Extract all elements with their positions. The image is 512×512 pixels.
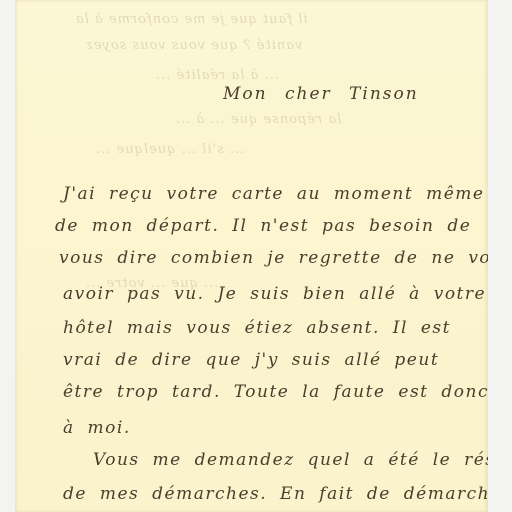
letter-line: hôtel mais vous étiez absent. Il est — [63, 318, 451, 338]
letter-line: à moi. — [63, 418, 131, 438]
letter-line: avoir pas vu. Je suis bien allé à votre — [63, 284, 486, 304]
letter-line: Vous me demandez quel a été le résultat — [93, 450, 488, 470]
show-through-text: ... à la réalité ... — [155, 68, 279, 83]
letter-line: de mon départ. Il n'est pas besoin de — [55, 216, 471, 236]
letter-line: être trop tard. Toute la faute est donc — [63, 382, 488, 402]
show-through-text: la réponse que ... à ... — [175, 112, 341, 127]
letter-line: vous dire combien je regrette de ne vous — [59, 248, 488, 268]
show-through-text: vanité ? que vous vous soyez — [85, 38, 302, 53]
letter-line: vrai de dire que j'y suis allé peut — [63, 350, 439, 370]
show-through-text: il faut que je me conforme à la — [75, 12, 308, 27]
letter-paper: il faut que je me conforme à la vanité ?… — [15, 0, 488, 512]
scanned-page: il faut que je me conforme à la vanité ?… — [0, 0, 512, 512]
letter-line: de mes démarches. En fait de démarches v… — [63, 484, 488, 504]
letter-line: J'ai reçu votre carte au moment même — [63, 184, 484, 204]
letter-salutation: Mon cher Tinson — [223, 84, 419, 104]
show-through-text: ... s'il ... quelque ... — [95, 142, 244, 157]
